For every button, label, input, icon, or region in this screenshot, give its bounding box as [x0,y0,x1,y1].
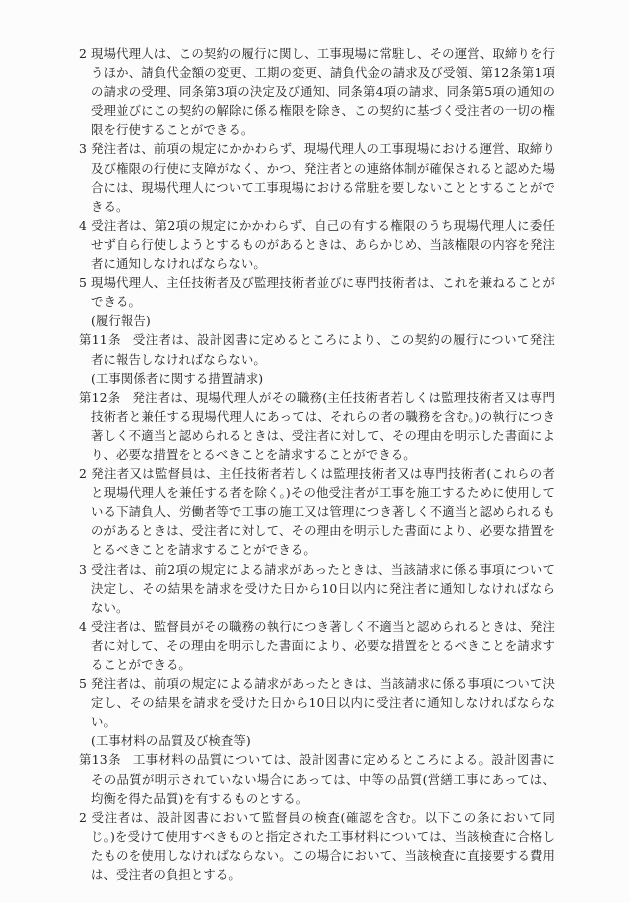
paragraph-number: 2 [79,464,91,483]
paragraph-10-5: 5現場代理人、主任技術者及び監理技術者並びに専門技術者は、これを兼ねることができ… [79,273,555,311]
paragraph-number: 2 [79,808,91,827]
paragraph-text: 発注者は、前項の規定にかかわらず、現場代理人の工事現場における運営、取締り及び権… [91,141,555,213]
article-number: 第11条 [79,332,121,347]
article-text: 受注者は、設計図書に定めるところにより、この契約の履行について発注者に報告しなけ… [91,332,555,366]
paragraph-text: 現場代理人、主任技術者及び監理技術者並びに専門技術者は、これを兼ねることができる… [91,275,555,309]
article-text: 発注者は、現場代理人がその職務(主任技術者若しくは監理技術者又は専門技術者と兼任… [91,390,555,462]
article-caption: (工事関係者に関する措置請求) [79,369,555,388]
paragraph-text: 受注者は、設計図書において監督員の検査(確認を含む。以下この条において同じ。)を… [91,810,555,882]
paragraph-10-4: 4受注者は、第2項の規定にかかわらず、自己の有する権限のうち現場代理人に委任せず… [79,216,555,273]
paragraph-12-3: 3受注者は、前2項の規定による請求があったときは、当該請求に係る事項について決定… [79,560,555,617]
paragraph-12-5: 5発注者は、前項の規定による請求があったときは、当該請求に係る事項について決定し… [79,674,555,731]
article-text: 工事材料の品質については、設計図書に定めるところによる。設計図書にその品質が明示… [91,752,555,805]
article-caption: (工事材料の品質及び検査等) [79,731,555,750]
paragraph-12-2: 2発注者又は監督員は、主任技術者若しくは監理技術者又は専門技術者(これらの者と現… [79,464,555,559]
paragraph-number: 2 [79,44,91,63]
article-number: 第13条 [79,752,121,767]
paragraph-number: 3 [79,139,91,158]
paragraph-text: 発注者は、前項の規定による請求があったときは、当該請求に係る事項について決定し、… [91,676,555,729]
paragraph-text: 受注者は、第2項の規定にかかわらず、自己の有する権限のうち現場代理人に委任せず自… [91,218,555,271]
paragraph-number: 4 [79,216,91,235]
paragraph-text: 現場代理人は、この契約の履行に関し、工事現場に常駐し、その運営、取締りを行うほか… [91,46,555,137]
paragraph-number: 5 [79,273,91,292]
paragraph-number: 5 [79,674,91,693]
paragraph-number: 3 [79,560,91,579]
article-13: 第13条工事材料の品質については、設計図書に定めるところによる。設計図書にその品… [79,750,555,807]
paragraph-10-2: 2現場代理人は、この契約の履行に関し、工事現場に常駐し、その運営、取締りを行うほ… [79,44,555,139]
paragraph-13-2: 2受注者は、設計図書において監督員の検査(確認を含む。以下この条において同じ。)… [79,808,555,884]
paragraph-text: 発注者又は監督員は、主任技術者若しくは監理技術者又は専門技術者(これらの者と現場… [91,466,555,557]
paragraph-12-4: 4受注者は、監督員がその職務の執行につき著しく不適当と認められるときは、発注者に… [79,617,555,674]
article-number: 第12条 [79,390,120,405]
paragraph-10-3: 3発注者は、前項の規定にかかわらず、現場代理人の工事現場における運営、取締り及び… [79,139,555,215]
article-12: 第12条発注者は、現場代理人がその職務(主任技術者若しくは監理技術者又は専門技術… [79,388,555,464]
article-11: 第11条受注者は、設計図書に定めるところにより、この契約の履行について発注者に報… [79,330,555,368]
paragraph-number: 4 [79,617,91,636]
document-page: 2現場代理人は、この契約の履行に関し、工事現場に常駐し、その運営、取締りを行うほ… [79,44,555,884]
paragraph-text: 受注者は、前2項の規定による請求があったときは、当該請求に係る事項について決定し… [91,562,555,615]
article-caption: (履行報告) [79,311,555,330]
paragraph-text: 受注者は、監督員がその職務の執行につき著しく不適当と認められるときは、発注者に対… [91,619,555,672]
